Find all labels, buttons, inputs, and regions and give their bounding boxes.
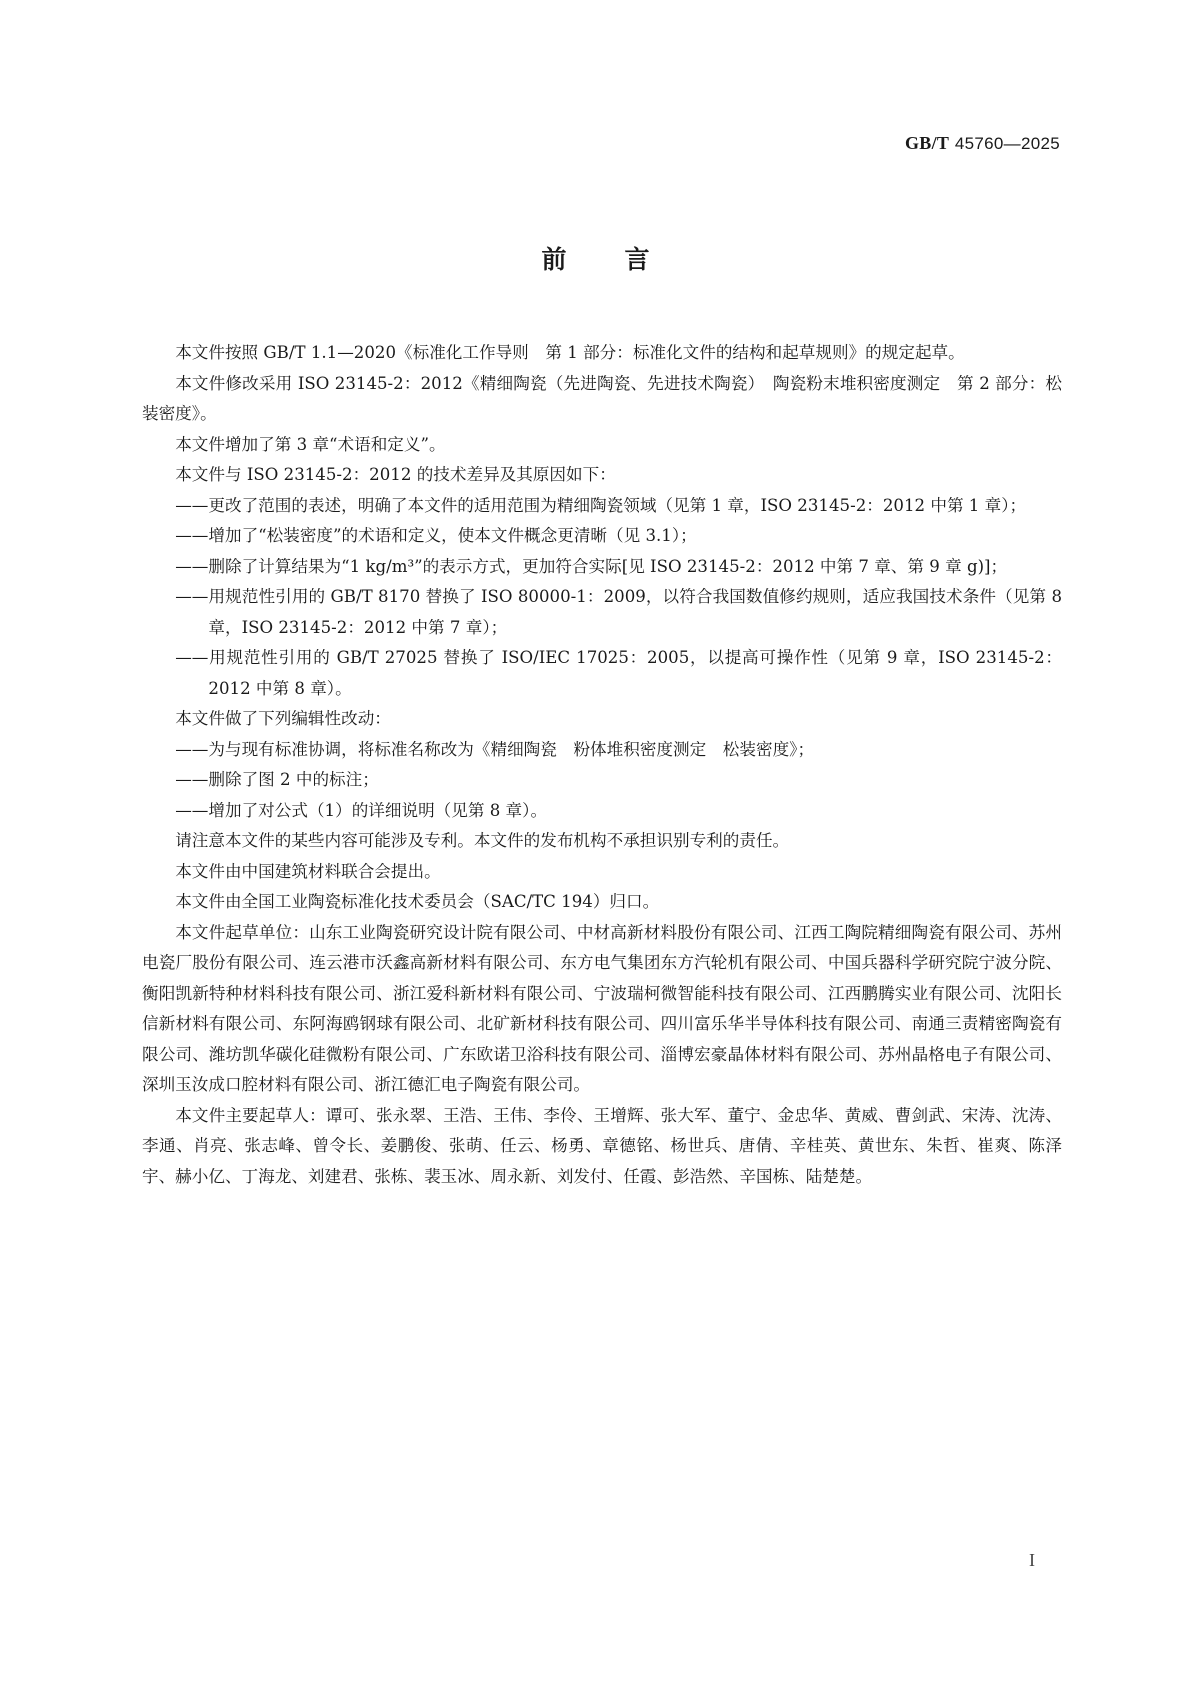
paragraph-adoption: 本文件修改采用 ISO 23145-2：2012《精细陶瓷（先进陶瓷、先进技术陶… [142, 369, 1062, 430]
paragraph-drafters: 本文件主要起草人：谭可、张永翠、王浩、王伟、李伶、王增辉、张大军、董宁、金忠华、… [142, 1101, 1062, 1193]
editorial-change-item: ——增加了对公式（1）的详细说明（见第 8 章）。 [142, 796, 1062, 827]
editorial-change-item: ——为与现有标准协调，将标准名称改为《精细陶瓷 粉体堆积密度测定 松装密度》； [142, 735, 1062, 766]
paragraph-committee: 本文件由全国工业陶瓷标准化技术委员会（SAC/TC 194）归口。 [142, 887, 1062, 918]
page-title: 前言 [0, 240, 1191, 276]
editorial-change-item: ——删除了图 2 中的标注； [142, 765, 1062, 796]
tech-difference-item: ——更改了范围的表述，明确了本文件的适用范围为精细陶瓷领域（见第 1 章，ISO… [142, 491, 1062, 522]
tech-difference-item: ——用规范性引用的 GB/T 8170 替换了 ISO 80000-1：2009… [142, 582, 1062, 643]
standard-prefix: GB/T [905, 133, 949, 153]
standard-number: 45760—2025 [955, 134, 1060, 153]
paragraph-editorial-intro: 本文件做了下列编辑性改动： [142, 704, 1062, 735]
paragraph-added-chapter: 本文件增加了第 3 章“术语和定义”。 [142, 430, 1062, 461]
paragraph-drafting-units: 本文件起草单位：山东工业陶瓷研究设计院有限公司、中材高新材料股份有限公司、江西工… [142, 918, 1062, 1101]
paragraph-tech-differences-intro: 本文件与 ISO 23145-2：2012 的技术差异及其原因如下： [142, 460, 1062, 491]
page-number: I [1029, 1550, 1035, 1571]
tech-difference-item: ——用规范性引用的 GB/T 27025 替换了 ISO/IEC 17025：2… [142, 643, 1062, 704]
foreword-body: 本文件按照 GB/T 1.1—2020《标准化工作导则 第 1 部分：标准化文件… [142, 338, 1062, 1192]
standard-code: GB/T 45760—2025 [905, 133, 1060, 154]
tech-difference-item: ——删除了计算结果为“1 kg/m³”的表示方式，更加符合实际[见 ISO 23… [142, 552, 1062, 583]
paragraph-proposer: 本文件由中国建筑材料联合会提出。 [142, 857, 1062, 888]
tech-difference-item: ——增加了“松装密度”的术语和定义，使本文件概念更清晰（见 3.1）； [142, 521, 1062, 552]
paragraph-patent-notice: 请注意本文件的某些内容可能涉及专利。本文件的发布机构不承担识别专利的责任。 [142, 826, 1062, 857]
paragraph-drafting-rules: 本文件按照 GB/T 1.1—2020《标准化工作导则 第 1 部分：标准化文件… [142, 338, 1062, 369]
